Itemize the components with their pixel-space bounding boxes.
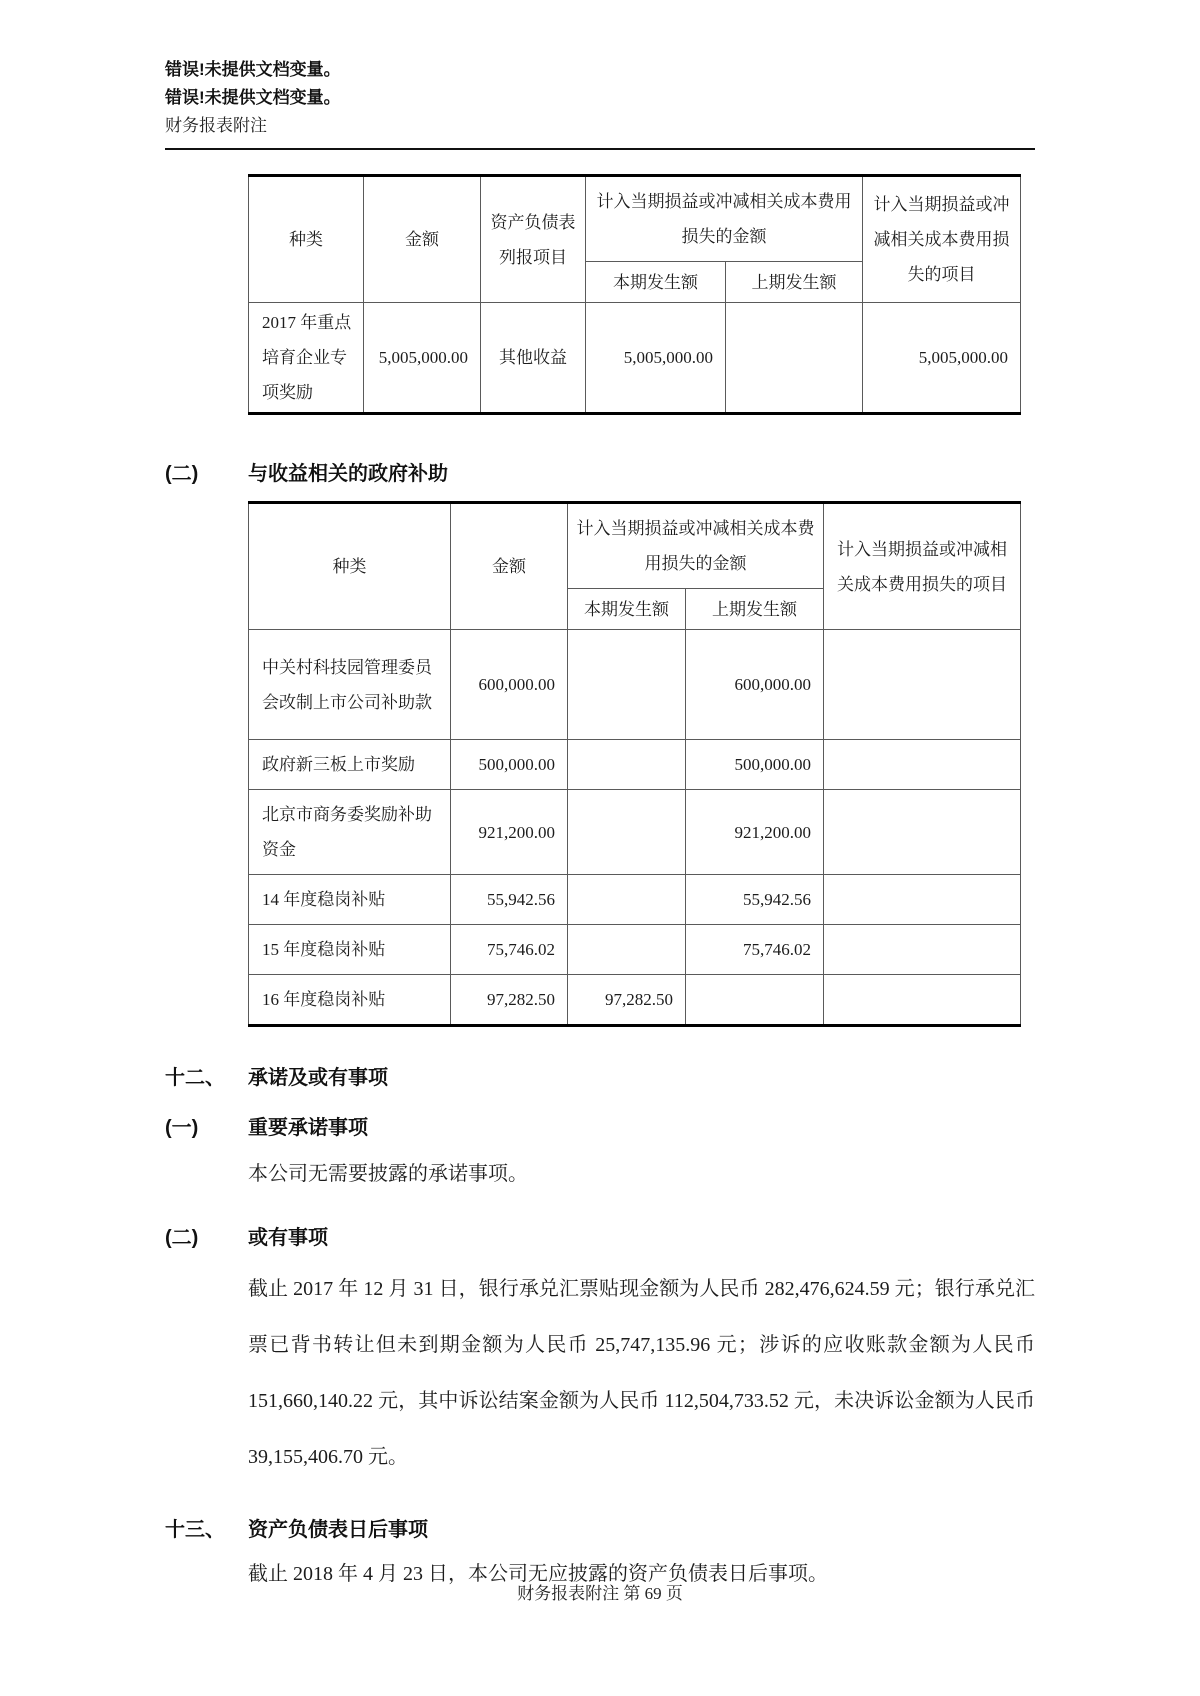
table1-header-prior: 上期发生额	[726, 262, 863, 303]
cell-pl-item	[824, 630, 1021, 740]
table1-header-pl-item: 计入当期损益或冲减相关成本费用损失的项目	[863, 176, 1021, 303]
cell-amount: 55,942.56	[451, 875, 568, 925]
cell-prior: 600,000.00	[686, 630, 824, 740]
header-rule	[165, 148, 1035, 150]
cell-prior	[726, 303, 863, 414]
section-number: (一)	[165, 1113, 248, 1143]
cell-type: 政府新三板上市奖励	[249, 740, 451, 790]
table1-header-bs-item: 资产负债表列报项目	[481, 176, 586, 303]
table2-header-amount: 金额	[451, 503, 568, 630]
cell-pl-item	[824, 740, 1021, 790]
table2-header-pl-item: 计入当期损益或冲减相关成本费用损失的项目	[824, 503, 1021, 630]
table1-header-type: 种类	[249, 176, 364, 303]
table-row: 2017 年重点培育企业专项奖励 5,005,000.00 其他收益 5,005…	[249, 303, 1021, 414]
cell-amount: 500,000.00	[451, 740, 568, 790]
cell-amount: 600,000.00	[451, 630, 568, 740]
doc-variable-error-line-1: 错误!未提供文档变量。	[165, 56, 1035, 84]
section-number: (二)	[165, 459, 248, 489]
cell-amount: 75,746.02	[451, 925, 568, 975]
cell-pl-item	[824, 925, 1021, 975]
page-content: 错误!未提供文档变量。 错误!未提供文档变量。 财务报表附注 种类 金额 资产负…	[0, 0, 1200, 1591]
commitments-paragraph: 本公司无需要披露的承诺事项。	[248, 1157, 1035, 1191]
contingencies-paragraph: 截止 2017 年 12 月 31 日，银行承兑汇票贴现金额为人民币 282,4…	[248, 1261, 1035, 1485]
cell-prior: 75,746.02	[686, 925, 824, 975]
cell-current	[568, 740, 686, 790]
section-13-heading: 十三、 资产负债表日后事项	[165, 1515, 1035, 1545]
page-header: 错误!未提供文档变量。 错误!未提供文档变量。 财务报表附注	[165, 56, 1035, 150]
cell-amount: 5,005,000.00	[364, 303, 481, 414]
table-row: 14 年度稳岗补贴 55,942.56 55,942.56	[249, 875, 1021, 925]
cell-current: 97,282.50	[568, 975, 686, 1026]
table-row: 16 年度稳岗补贴 97,282.50 97,282.50	[249, 975, 1021, 1026]
cell-amount: 97,282.50	[451, 975, 568, 1026]
cell-prior: 921,200.00	[686, 790, 824, 875]
cell-type: 16 年度稳岗补贴	[249, 975, 451, 1026]
section-12-2-heading: (二) 或有事项	[165, 1223, 1035, 1253]
section-title: 重要承诺事项	[248, 1113, 368, 1143]
doc-variable-error-line-2: 错误!未提供文档变量。	[165, 84, 1035, 112]
header-doc-title: 财务报表附注	[165, 112, 1035, 140]
section-number: 十三、	[165, 1515, 248, 1545]
table1-header-amount: 金额	[364, 176, 481, 303]
asset-related-subsidy-table: 种类 金额 资产负债表列报项目 计入当期损益或冲减相关成本费用损失的金额 计入当…	[248, 174, 1021, 415]
section-title: 或有事项	[248, 1223, 328, 1253]
cell-prior: 500,000.00	[686, 740, 824, 790]
section-12-heading: 十二、 承诺及或有事项	[165, 1063, 1035, 1093]
cell-type: 北京市商务委奖励补助资金	[249, 790, 451, 875]
table1-header-current: 本期发生额	[586, 262, 726, 303]
cell-type: 15 年度稳岗补贴	[249, 925, 451, 975]
table2-header-pl-amount-group: 计入当期损益或冲减相关成本费用损失的金额	[568, 503, 824, 589]
cell-pl-item	[824, 790, 1021, 875]
cell-pl-item	[824, 975, 1021, 1026]
table2-header-prior: 上期发生额	[686, 589, 824, 630]
table1-header-pl-amount-group: 计入当期损益或冲减相关成本费用损失的金额	[586, 176, 863, 262]
section-title: 资产负债表日后事项	[248, 1515, 428, 1545]
cell-pl-item: 5,005,000.00	[863, 303, 1021, 414]
section-income-subsidy-heading: (二) 与收益相关的政府补助	[165, 459, 1035, 489]
table-row: 中关村科技园管理委员会改制上市公司补助款 600,000.00 600,000.…	[249, 630, 1021, 740]
section-number: 十二、	[165, 1063, 248, 1093]
cell-amount: 921,200.00	[451, 790, 568, 875]
cell-pl-item	[824, 875, 1021, 925]
cell-bs-item: 其他收益	[481, 303, 586, 414]
section-number: (二)	[165, 1223, 248, 1253]
cell-prior	[686, 975, 824, 1026]
table-row: 政府新三板上市奖励 500,000.00 500,000.00	[249, 740, 1021, 790]
cell-current	[568, 925, 686, 975]
table2-header-current: 本期发生额	[568, 589, 686, 630]
cell-current	[568, 630, 686, 740]
income-related-subsidy-table: 种类 金额 计入当期损益或冲减相关成本费用损失的金额 计入当期损益或冲减相关成本…	[248, 501, 1021, 1027]
cell-current: 5,005,000.00	[586, 303, 726, 414]
page-footer: 财务报表附注 第 69 页	[0, 1579, 1200, 1604]
cell-current	[568, 875, 686, 925]
table2-header-type: 种类	[249, 503, 451, 630]
cell-prior: 55,942.56	[686, 875, 824, 925]
table2-header-row: 种类 金额 计入当期损益或冲减相关成本费用损失的金额 计入当期损益或冲减相关成本…	[249, 503, 1021, 589]
section-title: 与收益相关的政府补助	[248, 459, 448, 489]
table1-header-row: 种类 金额 资产负债表列报项目 计入当期损益或冲减相关成本费用损失的金额 计入当…	[249, 176, 1021, 262]
document-page: 错误!未提供文档变量。 错误!未提供文档变量。 财务报表附注 种类 金额 资产负…	[0, 0, 1200, 1696]
section-title: 承诺及或有事项	[248, 1063, 388, 1093]
section-12-1-heading: (一) 重要承诺事项	[165, 1113, 1035, 1143]
cell-type: 中关村科技园管理委员会改制上市公司补助款	[249, 630, 451, 740]
cell-type: 14 年度稳岗补贴	[249, 875, 451, 925]
cell-type: 2017 年重点培育企业专项奖励	[249, 303, 364, 414]
table-row: 15 年度稳岗补贴 75,746.02 75,746.02	[249, 925, 1021, 975]
cell-current	[568, 790, 686, 875]
table-row: 北京市商务委奖励补助资金 921,200.00 921,200.00	[249, 790, 1021, 875]
